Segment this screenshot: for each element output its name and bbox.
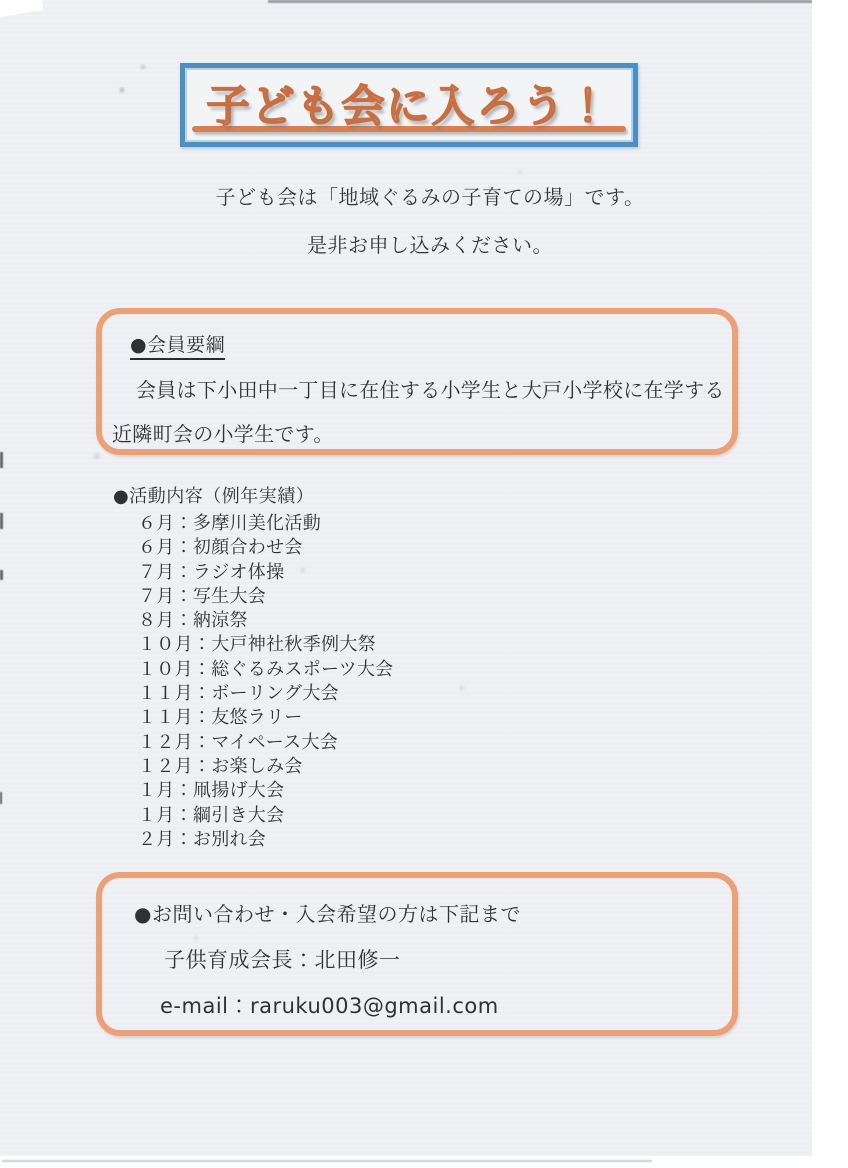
activity-item: ６月：初顔合わせ会 (138, 536, 393, 560)
contact-chair-line: 子供育成会長：北田修一 (164, 944, 401, 974)
activity-item: １１月：ボーリング大会 (138, 682, 393, 706)
activity-item: １０月：大戸神社秋季例大祭 (138, 633, 393, 657)
scan-artifact (0, 792, 2, 804)
scan-artifact (0, 452, 3, 468)
activity-item: １月：綱引き大会 (138, 804, 393, 828)
activity-item: １月：凧揚げ大会 (138, 779, 393, 803)
scanned-flyer-page: 子ども会に入ろう！ 子ども会は「地域ぐるみの子育ての場」です。 是非お申し込みく… (0, 0, 848, 1168)
paper-sheet: 子ども会に入ろう！ 子ども会は「地域ぐるみの子育ての場」です。 是非お申し込みく… (0, 0, 812, 1156)
scan-artifact (0, 0, 43, 18)
activities-heading: ●活動内容（例年実績） (113, 482, 393, 508)
activity-item: １２月：お楽しみ会 (138, 755, 393, 779)
contact-heading: ●お問い合わせ・入会希望の方は下記まで (134, 898, 521, 927)
contact-box: ●お問い合わせ・入会希望の方は下記まで 子供育成会長：北田修一 e-mail：r… (96, 872, 738, 1036)
scan-artifact (0, 513, 3, 529)
membership-body-line-2: 近隣町会の小学生です。 (112, 418, 334, 447)
scan-artifact (268, 0, 812, 3)
scan-artifact (0, 570, 3, 580)
page-title: 子ども会に入ろう！ (185, 86, 633, 129)
activity-item: １０月：総ぐるみスポーツ大会 (138, 658, 393, 682)
activity-item: １１月：友悠ラリー (138, 706, 393, 730)
activities-section: ●活動内容（例年実績） ６月：多摩川美化活動 ６月：初顔合わせ会 ７月：ラジオ体… (113, 482, 393, 852)
scan-artifact (2, 1160, 652, 1162)
intro-line-1: 子ども会は「地域ぐるみの子育ての場」です。 (60, 181, 800, 210)
activity-item: ６月：多摩川美化活動 (138, 512, 393, 536)
membership-heading-label: 会員要綱 (147, 334, 225, 356)
activity-item: ７月：写生大会 (138, 585, 393, 609)
activity-item: ７月：ラジオ体操 (138, 561, 393, 585)
bullet-icon: ● (130, 334, 147, 356)
activity-item: ２月：お別れ会 (138, 828, 393, 852)
membership-body-line-1: 会員は下小田中一丁目に在住する小学生と大戸小学校に在学する (136, 374, 725, 403)
activities-list: ６月：多摩川美化活動 ６月：初顔合わせ会 ７月：ラジオ体操 ７月：写生大会 ８月… (113, 512, 393, 852)
activity-item: １２月：マイペース大会 (138, 731, 393, 755)
intro-line-2: 是非お申し込みください。 (60, 229, 800, 258)
membership-heading: ●会員要綱 (130, 330, 225, 357)
title-banner: 子ども会に入ろう！ (180, 63, 638, 147)
activity-item: ８月：納涼祭 (138, 609, 393, 633)
contact-email-line: e-mail：raruku003@gmail.com (160, 990, 499, 1020)
membership-guidelines-box: ●会員要綱 会員は下小田中一丁目に在住する小学生と大戸小学校に在学する 近隣町会… (96, 308, 738, 455)
